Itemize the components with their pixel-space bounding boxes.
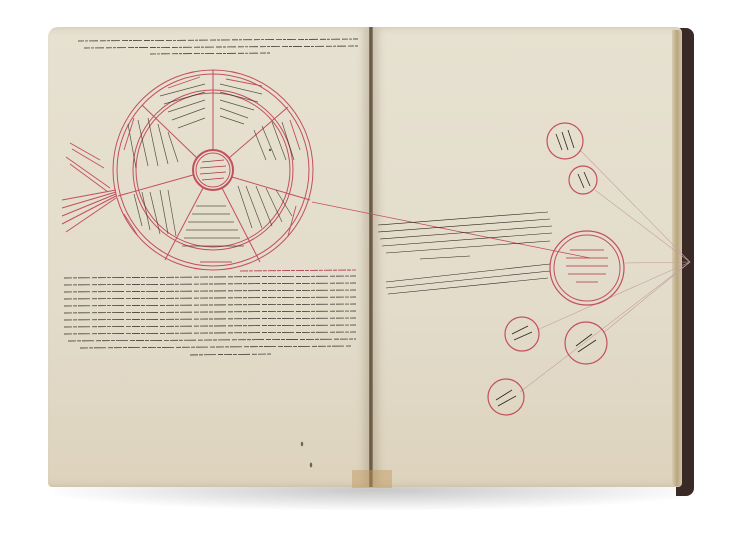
- wheel-center-script: [200, 160, 226, 180]
- cartouche-circles: [488, 123, 624, 415]
- open-manuscript-photo: پادشاه اقرانک امرشریفلری و فرمانلری شیخل…: [0, 0, 750, 539]
- wheel-outer-labels: [124, 77, 300, 262]
- rubric-line: [240, 270, 356, 271]
- diagram-drawing: [0, 0, 750, 539]
- margin-notes: [66, 143, 110, 192]
- header-text-marks: [78, 39, 358, 54]
- lineage-rays: [520, 150, 690, 392]
- genealogy-wheel: [62, 70, 590, 270]
- diagonal-text-marks: [378, 212, 552, 294]
- body-text-marks: [64, 276, 356, 355]
- wheel-script-marks: [128, 84, 294, 246]
